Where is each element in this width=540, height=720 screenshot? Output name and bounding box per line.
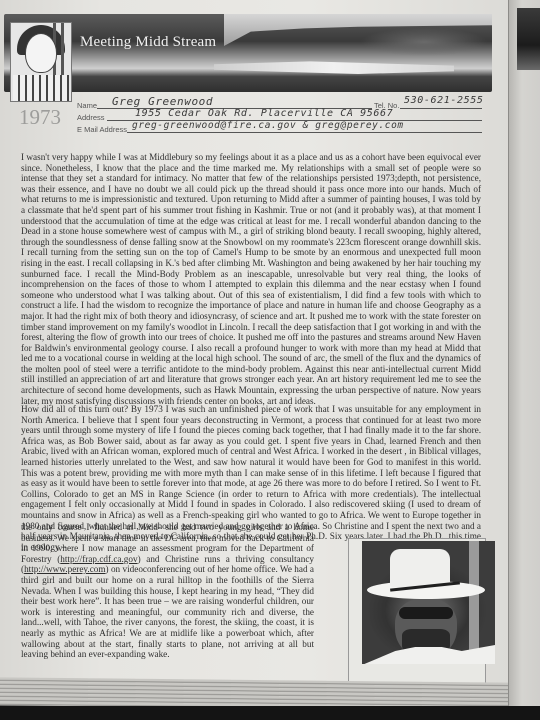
perey-link[interactable]: http://www.perey.com (24, 564, 105, 574)
banner-sky (224, 14, 492, 46)
class-year: 1973 (19, 105, 61, 130)
tel-line (400, 108, 482, 109)
email-label: E Mail Address (77, 125, 127, 134)
banner-title: Meeting Midd Stream (80, 34, 216, 51)
table-surface (0, 706, 540, 720)
address-label: Address (77, 113, 105, 122)
facing-page-edge (508, 0, 540, 720)
email-line (127, 132, 482, 133)
student-portrait-1973 (10, 22, 72, 102)
name-label: Name (77, 101, 97, 110)
header-banner-landscape: Meeting Midd Stream (4, 14, 492, 92)
essay-paragraph-1: I wasn't very happy while I was at Middl… (21, 152, 481, 406)
frap-link[interactable]: http://frap.cdf.ca.gov (60, 554, 137, 564)
tel-value: 530-621-2555 (404, 95, 483, 106)
address-value: 1955 Cedar Oak Rd. Placerville CA 95667 (135, 108, 393, 119)
sunglasses (399, 607, 453, 619)
essay-paragraph-2-continued: the only course I flunked at Midd- she h… (21, 522, 314, 660)
banner-stream (214, 60, 454, 74)
yearbook-page: Meeting Midd Stream 1973 Name Greg Green… (0, 0, 510, 705)
facing-page-photo (517, 8, 540, 70)
recent-portrait-photo (362, 541, 495, 664)
name-value: Greg Greenwood (112, 95, 213, 108)
email-value: greg-greenwood@fire.ca.gov & greg@perey.… (132, 120, 404, 131)
